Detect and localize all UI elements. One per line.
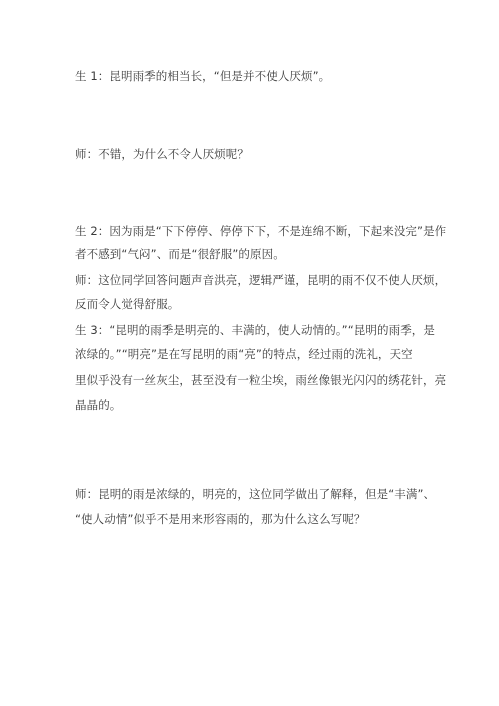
paragraph-student3-line4: 晶晶的。 [75,398,435,412]
paragraph-teacher1-line1: 师：不错，为什么不令人厌烦呢？ [75,147,435,161]
paragraph-student2-line1: 生 2：因为雨是“下下停停、停停下下，不是连绵不断，下起来没完”是作 [75,224,435,238]
paragraph-teacher3-line2: “使人动情”似乎不是用来形容雨的，那为什么这么写呢？ [75,512,435,526]
paragraph-teacher2-line2: 反而令人觉得舒服。 [75,297,435,311]
paragraph-student3-line3: 里似乎没有一丝灰尘，甚至没有一粒尘埃，雨丝像银光闪闪的绣花针，亮 [75,373,435,387]
paragraph-student2-line2: 者不感到“气闷”、而是“很舒服”的原因。 [75,247,435,261]
paragraph-teacher3-line1: 师：昆明的雨是浓绿的，明亮的，这位同学做出了解释，但是“丰满”、 [75,487,435,501]
paragraph-teacher2-line1: 师：这位同学回答问题声音洪亮，逻辑严谨，昆明的雨不仅不使人厌烦， [75,273,435,287]
paragraph-student1-line1: 生 1：昆明雨季的相当长，“但是并不使人厌烦”。 [75,69,435,83]
paragraph-student3-line1: 生 3：“昆明的雨季是明亮的、丰满的，使人动情的。”“昆明的雨季，是 [75,323,435,337]
paragraph-student3-line2: 浓绿的。”“明亮”是在写昆明的雨“亮”的特点，经过雨的洗礼，天空 [75,347,435,361]
document-page: 生 1：昆明雨季的相当长，“但是并不使人厌烦”。 师：不错，为什么不令人厌烦呢？… [0,0,499,706]
